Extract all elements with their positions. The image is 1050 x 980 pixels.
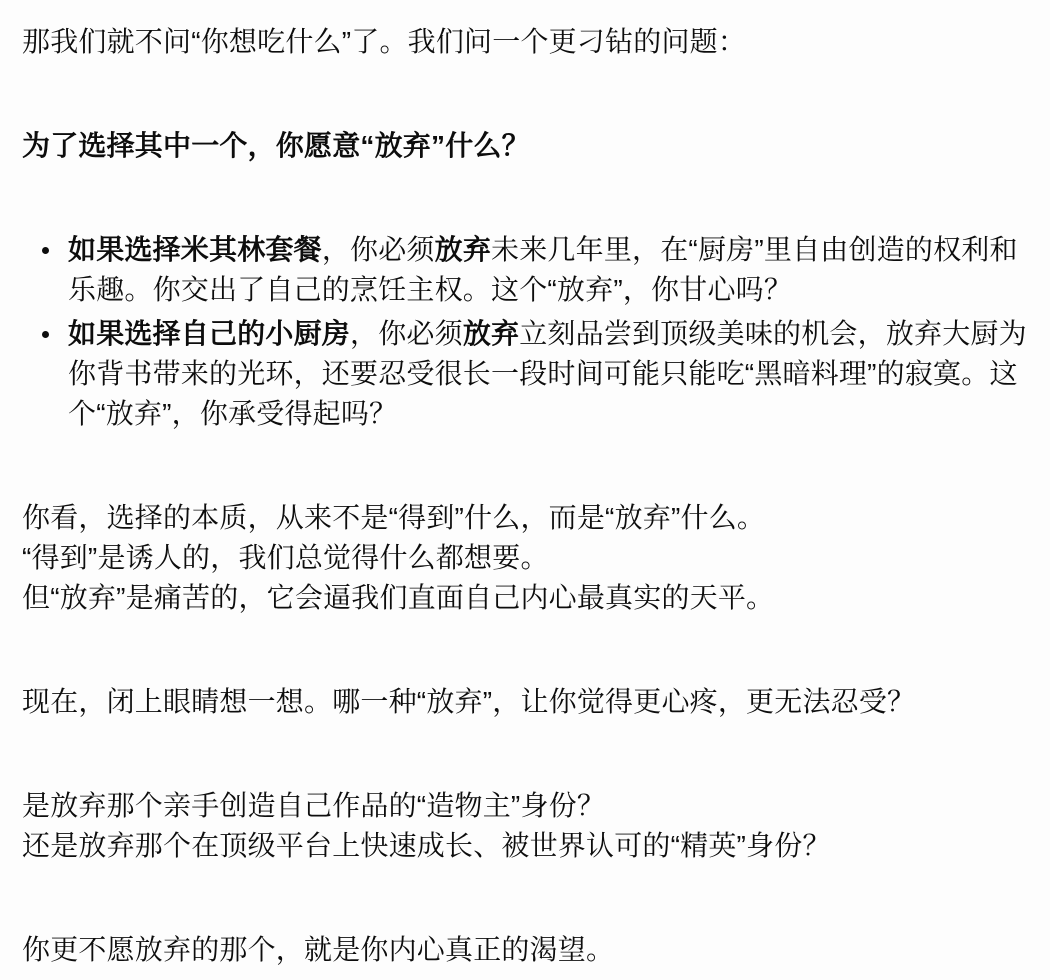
bullet-dot-icon <box>42 331 49 338</box>
essence-line-2: “得到”是诱人的，我们总觉得什么都想要。 <box>22 538 1028 578</box>
tradeoff-list: 如果选择米其林套餐，你必须放弃未来几年里，在“厨房”里自由创造的权利和乐趣。你交… <box>22 230 1028 434</box>
essence-line-3: 但“放弃”是痛苦的，它会逼我们直面自己内心最真实的天平。 <box>22 578 1028 618</box>
conclusion-paragraph: 你更不愿放弃的那个，就是你内心真正的渴望。 <box>22 930 1028 970</box>
intro-paragraph: 那我们就不问“你想吃什么”了。我们问一个更刁钻的问题： <box>22 22 1028 62</box>
bullet-lead-bold: 如果选择自己的小厨房 <box>68 318 350 349</box>
essence-paragraph: 你看，选择的本质，从来不是“得到”什么，而是“放弃”什么。 “得到”是诱人的，我… <box>22 498 1028 618</box>
bullet-dot-icon <box>42 247 49 254</box>
bullet-mid-text: ，你必须 <box>322 234 435 265</box>
identity-paragraph: 是放弃那个亲手创造自己作品的“造物主”身份？ 还是放弃那个在顶级平台上快速成长、… <box>22 786 1028 866</box>
essence-line-1: 你看，选择的本质，从来不是“得到”什么，而是“放弃”什么。 <box>22 498 1028 538</box>
bullet-emph-bold: 放弃 <box>463 318 519 349</box>
list-item-own-kitchen: 如果选择自己的小厨房，你必须放弃立刻品尝到顶级美味的机会，放弃大厨为你背书带来的… <box>22 314 1028 434</box>
bullet-emph-bold: 放弃 <box>435 234 491 265</box>
article-body: 那我们就不问“你想吃什么”了。我们问一个更刁钻的问题： 为了选择其中一个，你愿意… <box>0 0 1050 980</box>
bullet-lead-bold: 如果选择米其林套餐 <box>68 234 322 265</box>
identity-line-2: 还是放弃那个在顶级平台上快速成长、被世界认可的“精英”身份？ <box>22 826 1028 866</box>
list-item-michelin: 如果选择米其林套餐，你必须放弃未来几年里，在“厨房”里自由创造的权利和乐趣。你交… <box>22 230 1028 310</box>
reflection-paragraph: 现在，闭上眼睛想一想。哪一种“放弃”，让你觉得更心疼，更无法忍受？ <box>22 682 1028 722</box>
page: { "page": { "background": "#fdfdfd", "te… <box>0 0 1050 980</box>
identity-line-1: 是放弃那个亲手创造自己作品的“造物主”身份？ <box>22 786 1028 826</box>
question-heading: 为了选择其中一个，你愿意“放弃”什么？ <box>22 126 1028 166</box>
bullet-mid-text: ，你必须 <box>350 318 463 349</box>
